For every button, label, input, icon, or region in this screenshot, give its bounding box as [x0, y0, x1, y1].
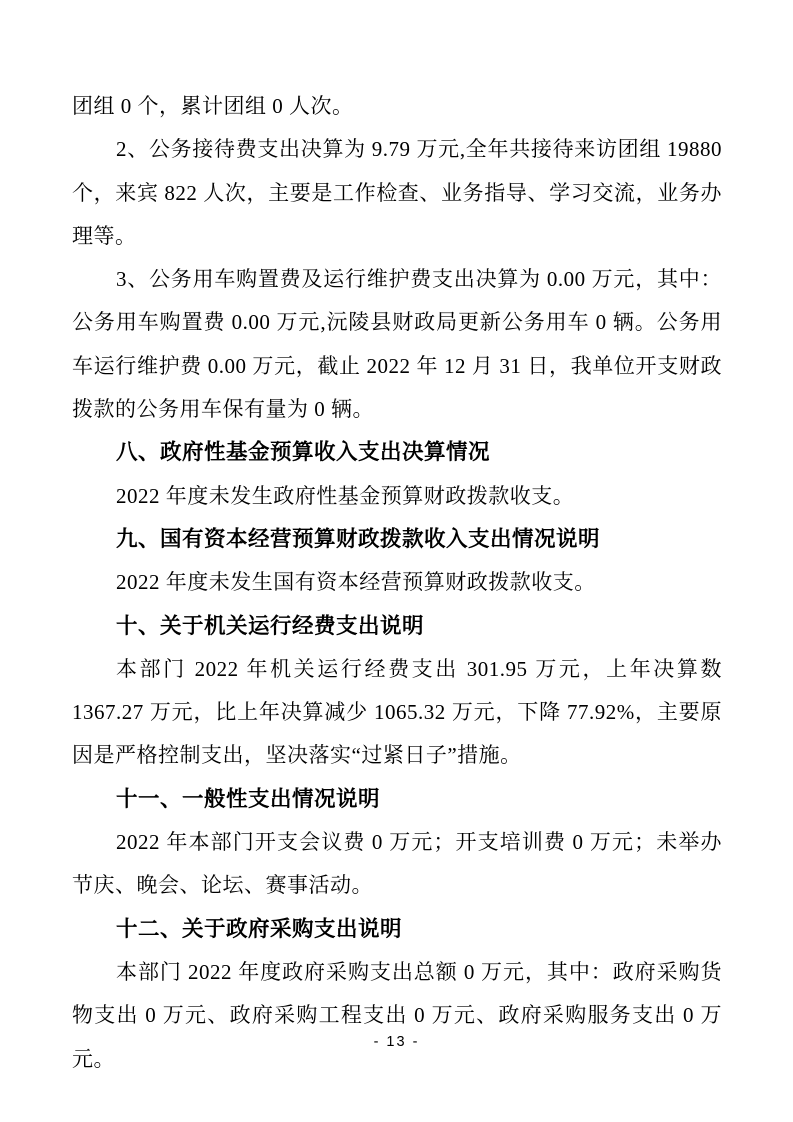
body-paragraph: 本部门 2022 年机关运行经费支出 301.95 万元，上年决算数 1367.… — [72, 648, 722, 778]
section-heading: 十二、关于政府采购支出说明 — [72, 908, 722, 951]
body-paragraph: 2022 年本部门开支会议费 0 万元；开支培训费 0 万元；未举办节庆、晚会、… — [72, 821, 722, 908]
section-heading: 十、关于机关运行经费支出说明 — [72, 605, 722, 648]
body-paragraph: 2022 年度未发生政府性基金预算财政拨款收支。 — [72, 475, 722, 518]
section-heading: 十一、一般性支出情况说明 — [72, 778, 722, 821]
body-paragraph: 2、公务接待费支出决算为 9.79 万元,全年共接待来访团组 19880 个，来… — [72, 128, 722, 258]
page-number: - 13 - — [0, 1034, 793, 1050]
document-body: 团组 0 个，累计团组 0 人次。2、公务接待费支出决算为 9.79 万元,全年… — [72, 85, 722, 1081]
body-paragraph: 2022 年度未发生国有资本经营预算财政拨款收支。 — [72, 561, 722, 604]
document-page: 团组 0 个，累计团组 0 人次。2、公务接待费支出决算为 9.79 万元,全年… — [0, 0, 793, 1122]
body-paragraph: 团组 0 个，累计团组 0 人次。 — [72, 85, 722, 128]
body-paragraph: 本部门 2022 年度政府采购支出总额 0 万元，其中：政府采购货物支出 0 万… — [72, 951, 722, 1081]
section-heading: 九、国有资本经营预算财政拨款收入支出情况说明 — [72, 518, 722, 561]
body-paragraph: 3、公务用车购置费及运行维护费支出决算为 0.00 万元，其中：公务用车购置费 … — [72, 258, 722, 431]
section-heading: 八、政府性基金预算收入支出决算情况 — [72, 431, 722, 474]
